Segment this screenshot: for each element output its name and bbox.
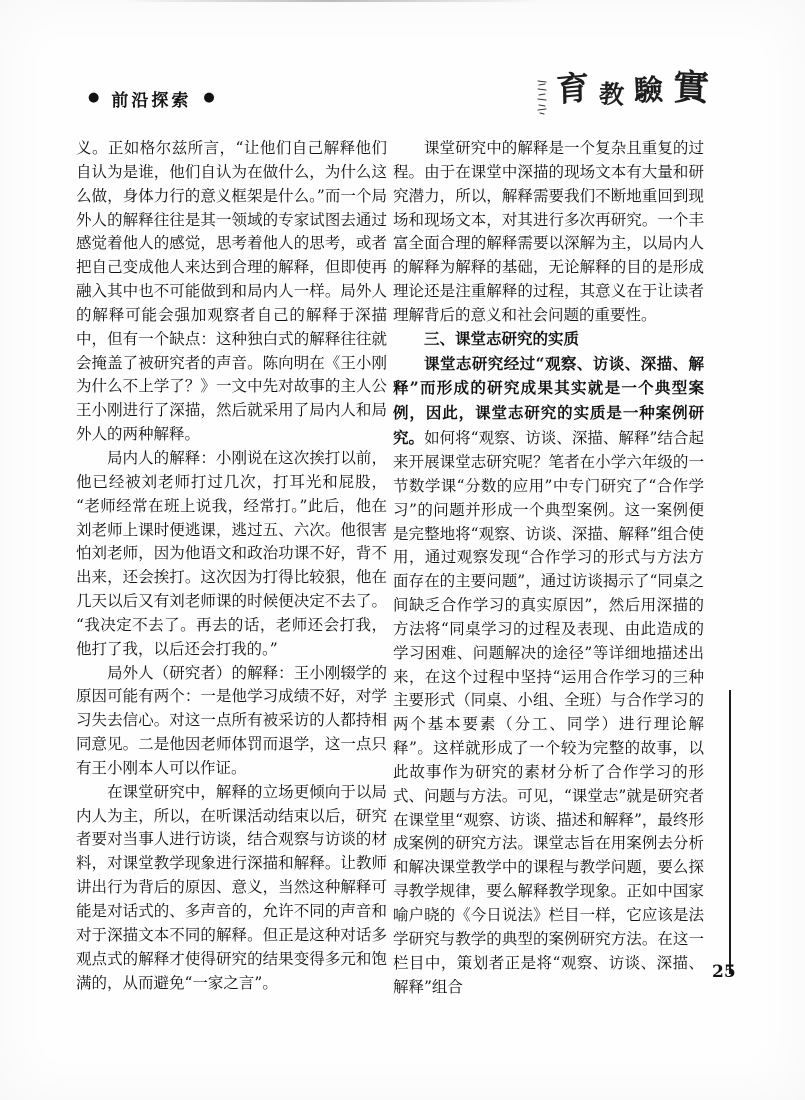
- section-title: 前沿探索: [111, 86, 191, 111]
- logo-char: 實: [672, 69, 709, 106]
- bullet-icon: ●: [203, 90, 214, 105]
- logo-characters: 育 教 驗 實: [556, 68, 709, 107]
- right-column: 课堂研究中的解释是一个复杂且重复的过程。由于在课堂中深描的现场文本有大量和研究潜…: [393, 137, 704, 999]
- bullet-icon: ●: [88, 90, 99, 105]
- calligraphy-signature-icon: [536, 78, 548, 116]
- journal-logo: 育 教 驗 實: [536, 68, 711, 130]
- paragraph-continuation: 义。正如格尔兹所言，“让他们自己解释他们自认为是谁，他们自认为在做什么，为什么这…: [76, 137, 387, 447]
- journal-page: ● 前沿探索 ● 育 教 驗 實 义。正如格尔兹所言，“让他们自己解释他们自认为…: [0, 0, 805, 1100]
- margin-rule: [729, 690, 731, 974]
- paragraph-classroom-research: 在课堂研究中，解释的立场更倾向于以局内人为主，所以，在听课活动结束以后，研究者要…: [76, 781, 387, 996]
- logo-char: 教: [598, 81, 625, 108]
- paragraph-interpretation-process: 课堂研究中的解释是一个复杂且重复的过程。由于在课堂中深描的现场文本有大量和研究潜…: [393, 137, 704, 328]
- paragraph-case-study: 课堂志研究经过“观察、访谈、深描、解释”而形成的研究成果其实就是一个典型案例，因…: [393, 352, 704, 1000]
- left-column: 义。正如格尔兹所言，“让他们自己解释他们自认为是谁，他们自认为在做什么，为什么这…: [76, 137, 387, 995]
- scan-artifact: [120, 0, 540, 2]
- paragraph-insider-explanation: 局内人的解释：小刚说在这次挨打以前，他已经被刘老师打过几次，打耳光和屁股，“老师…: [76, 447, 387, 662]
- paragraph-outsider-explanation: 局外人（研究者）的解释：王小刚辍学的原因可能有两个：一是他学习成绩不好，对学习失…: [76, 662, 387, 781]
- case-study-body: 如何将“观察、访谈、深描、解释”结合起来开展课堂志研究呢？笔者在小学六年级的一节…: [393, 429, 704, 995]
- section-header: ● 前沿探索 ●: [88, 86, 215, 111]
- logo-char: 育: [556, 71, 589, 107]
- logo-char: 驗: [633, 75, 663, 105]
- section-heading: 三、课堂志研究的实质: [393, 328, 704, 352]
- page-number: 25: [712, 962, 736, 982]
